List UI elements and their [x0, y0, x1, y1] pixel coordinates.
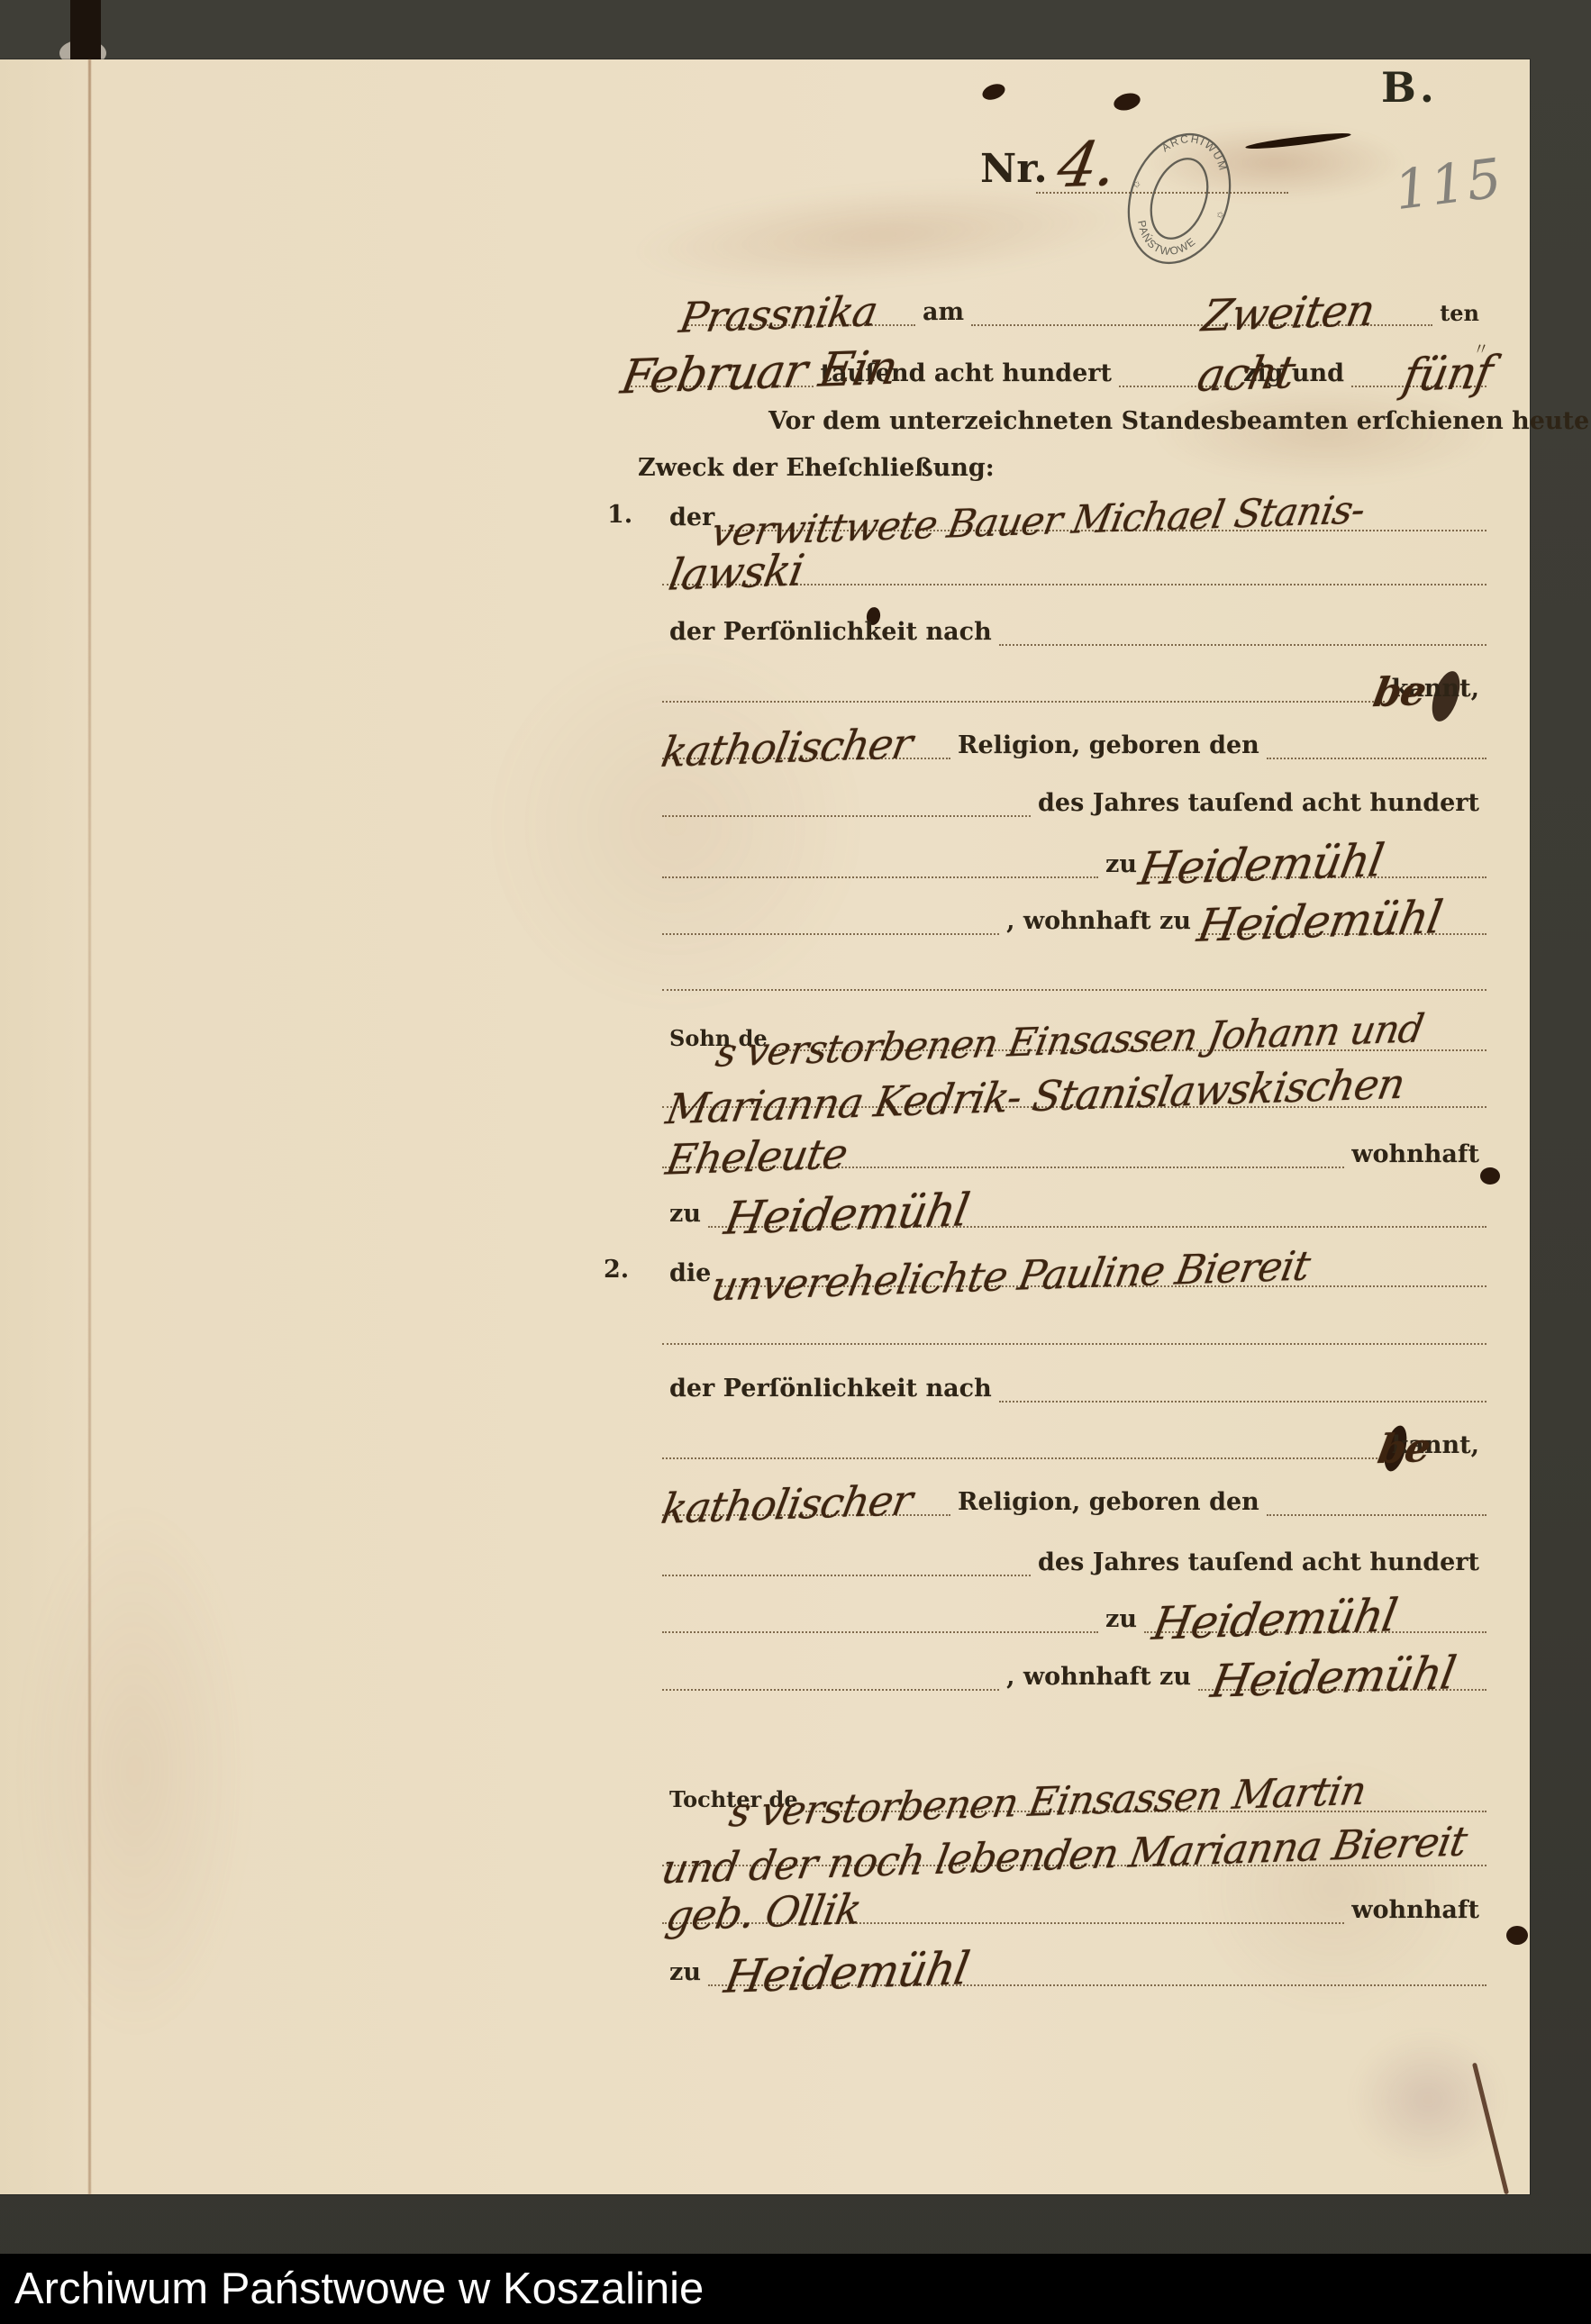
item-number-2: 2. [596, 1257, 636, 1284]
groom-parents-line1: Sohn de s verstorbenen Einsassen Johann … [662, 1001, 1486, 1051]
intro-line1: Vor dem unterzeichneten Standesbeamten e… [761, 409, 1591, 435]
form-series-letter: B. [1381, 63, 1438, 112]
hw-bride-religion: katholischer [658, 1475, 915, 1533]
bride-name-line: die unverehelichte Pauline Biereit [662, 1237, 1486, 1287]
registry-form-paper: B. 115 ARCHIWUM PAŃSTWOWE ✩ ✩ N [0, 59, 1530, 2194]
hw-bride-parents-residence: Heidemühl [721, 1942, 973, 2003]
groom-religion-line: Religion, geboren den katholischer [662, 709, 1486, 759]
wohnhaft-label: wohnhaft [1344, 1142, 1486, 1168]
hw-bride-residence: Heidemühl [1207, 1647, 1459, 1708]
groom-identity-line: der Perſönlichkeit nach [662, 595, 1486, 646]
groom-residence-line: , wohnhaft zu Heidemühl [662, 885, 1486, 935]
wohnhaft-zu-label: , wohnhaft zu [999, 909, 1198, 935]
bride-residence-line: , wohnhaft zu Heidemühl [662, 1640, 1486, 1691]
hw-place: Prassnika [676, 286, 881, 342]
groom-year-line: des Jahres tauſend acht hundert [662, 767, 1486, 817]
hw-decade: acht [1194, 346, 1298, 402]
bride-parents-line1: Tochter de s verstorbenen Einsassen Mart… [662, 1762, 1486, 1812]
hw-day: Zweiten [1198, 285, 1378, 341]
hw-groom-parents-residence: Heidemühl [721, 1184, 973, 1245]
zu-label: zu [1098, 852, 1144, 878]
stamp-text-panstwowe: PAŃSTWOWE [1127, 215, 1201, 268]
header-line-place-day: am ten Prassnika Zweiten [685, 276, 1486, 326]
identity-label: der Perſönlichkeit nach [662, 1376, 999, 1403]
archive-stamp: ARCHIWUM PAŃSTWOWE ✩ ✩ [1097, 112, 1262, 286]
record-number-line: 4. [1036, 143, 1288, 194]
hw-bride-parents3: geb. Ollik [662, 1884, 865, 1940]
year-label: des Jahres tauſend acht hundert [1031, 791, 1486, 817]
wohnhaft-label: wohnhaft [1344, 1898, 1486, 1924]
zu-label: zu [662, 1202, 708, 1228]
groom-parents-residence-line: zu Heidemühl [662, 1177, 1486, 1228]
blank-line [662, 940, 1486, 991]
page-fold-line [88, 59, 91, 2194]
year-label: des Jahres tauſend acht hundert [1031, 1550, 1486, 1576]
archive-stamp-oval: ARCHIWUM PAŃSTWOWE ✩ ✩ [1097, 112, 1262, 286]
hw-groom-parents3: Eheleute [662, 1129, 850, 1184]
bride-year-line: des Jahres tauſend acht hundert [662, 1526, 1486, 1576]
groom-name-line2: lawski [662, 535, 1486, 586]
stain [18, 1501, 252, 2041]
bride-religion-line: Religion, geboren den katholischer [662, 1466, 1486, 1516]
groom-birthplace-line: zu Heidemühl [662, 828, 1486, 878]
groom-parents-line3: wohnhaft Eheleute [662, 1118, 1486, 1168]
item-number-1: 1. [600, 503, 640, 529]
wohnhaft-zu-label: , wohnhaft zu [999, 1665, 1198, 1691]
hw-groom-name2: lawski [665, 545, 807, 601]
religion-label: Religion, geboren den [950, 733, 1267, 759]
identity-label: der Perſönlichkeit nach [662, 620, 999, 646]
bride-parents-line2: und der noch lebenden Marianna Biereit [662, 1816, 1486, 1866]
ink-blot [980, 81, 1007, 103]
groom-name-line1: der verwittwete Bauer Michael Stanis- [662, 481, 1486, 531]
zu-label: zu [662, 1960, 708, 1986]
bride-identity-line: der Perſönlichkeit nach [662, 1352, 1486, 1403]
bride-birthplace-line: zu Heidemühl [662, 1583, 1486, 1633]
am-label: am [915, 300, 971, 326]
bride-known-line: kannt, be [662, 1409, 1486, 1459]
hw-unit: fünf [1399, 346, 1496, 402]
ten-label: ten [1432, 303, 1486, 326]
archive-caption-bar: Archiwum Państwowe w Koszalinie [0, 2254, 1591, 2324]
pen-stroke [1472, 2063, 1509, 2195]
groom-parents-line2: Marianna Kedrik- Stanislawskischen [662, 1058, 1486, 1108]
svg-text:PAŃSTWOWE: PAŃSTWOWE [1127, 215, 1201, 268]
ink-blot [1506, 1926, 1528, 1945]
bride-parents-residence-line: zu Heidemühl [662, 1936, 1486, 1986]
header-line-year: tauſend acht hundert zig und Februar Ein… [631, 337, 1486, 387]
binding-strip [70, 0, 101, 63]
blank-line [662, 1294, 1486, 1345]
ink-blot [1112, 90, 1142, 113]
scanned-document-page: B. 115 ARCHIWUM PAŃSTWOWE ✩ ✩ N [0, 0, 1591, 2324]
religion-label: Religion, geboren den [950, 1490, 1267, 1516]
bride-parents-line3: wohnhaft geb. Ollik [662, 1874, 1486, 1924]
article-die: die [662, 1261, 718, 1287]
intro-line2: Zweck der Eheſchließung: [631, 456, 1002, 482]
archive-caption: Archiwum Państwowe w Koszalinie [0, 2264, 704, 2314]
zu-label: zu [1098, 1607, 1144, 1633]
groom-known-line: kannt, be [662, 652, 1486, 703]
pencil-folio-number: 115 [1391, 147, 1506, 222]
hw-month-thousand: Februar Ein [617, 340, 902, 404]
